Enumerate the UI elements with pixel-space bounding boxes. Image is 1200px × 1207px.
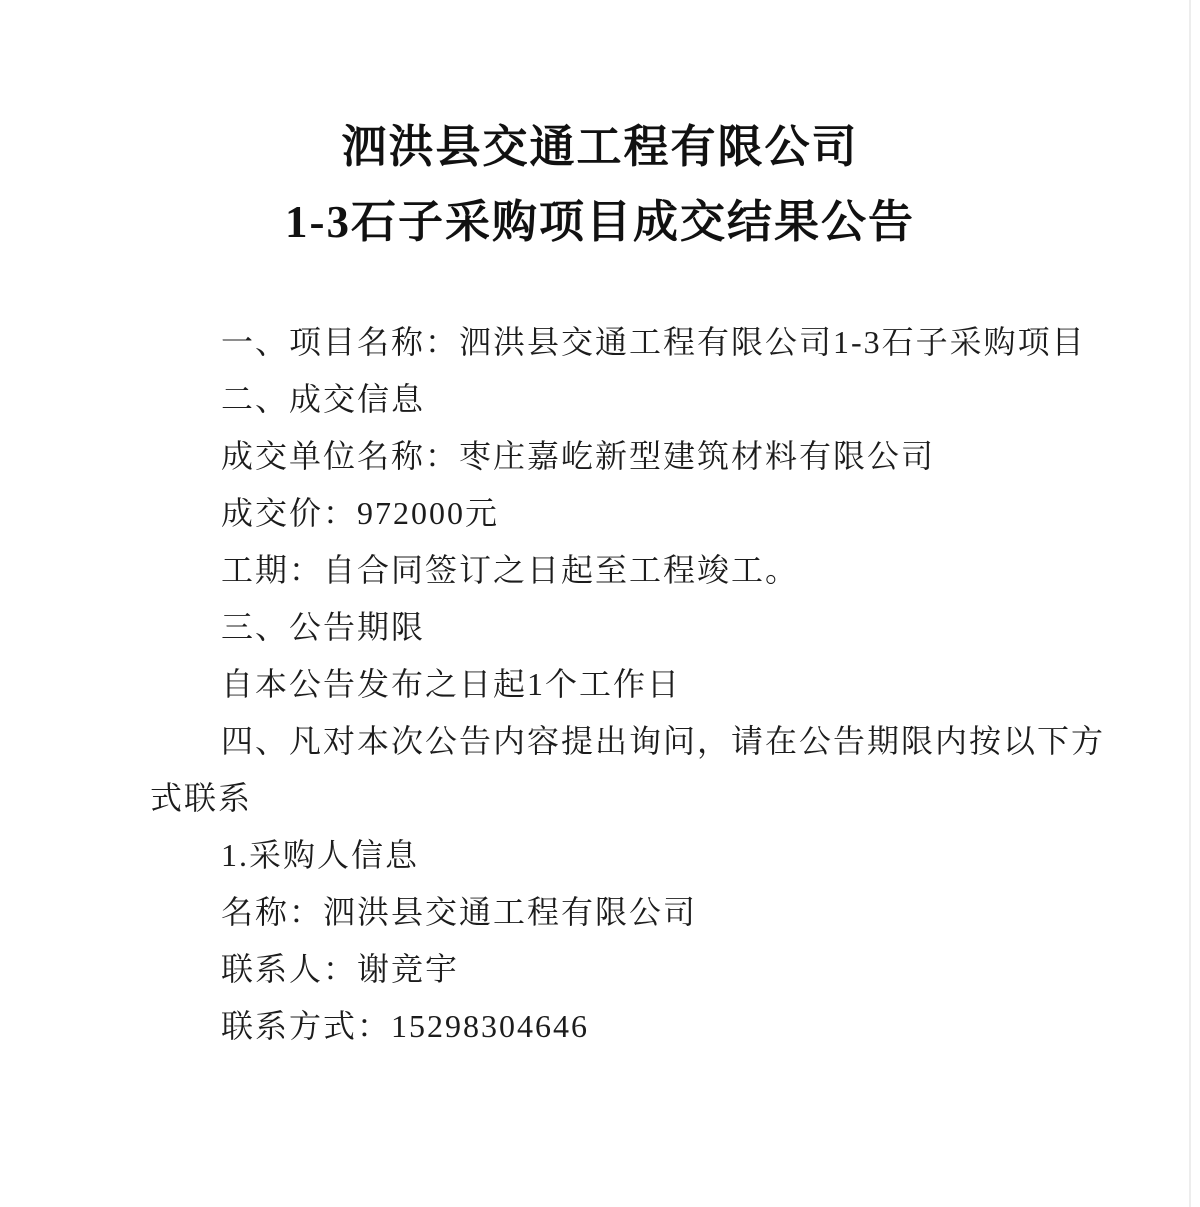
body-line-project-name: 一、项目名称：泗洪县交通工程有限公司1-3石子采购项目	[150, 314, 1060, 371]
body-line-work-period: 工期：自合同签订之日起至工程竣工。	[150, 542, 1060, 599]
body-line-purchaser-name: 名称：泗洪县交通工程有限公司	[150, 884, 1060, 941]
body-line-winning-bidder: 成交单位名称：枣庄嘉屹新型建筑材料有限公司	[150, 428, 1060, 485]
body-line-announcement-period-heading: 三、公告期限	[150, 599, 1060, 656]
body-line-announcement-period: 自本公告发布之日起1个工作日	[150, 656, 1060, 713]
body-line-purchaser-info-heading: 1.采购人信息	[150, 827, 1060, 884]
body-line-contact-phone: 联系方式：15298304646	[150, 998, 1060, 1055]
document-body: 一、项目名称：泗洪县交通工程有限公司1-3石子采购项目 二、成交信息 成交单位名…	[150, 314, 1060, 1055]
body-line-inquiry-notice: 四、凡对本次公告内容提出询问，请在公告期限内按以下方	[150, 713, 1060, 770]
document-title-line-1: 泗洪县交通工程有限公司	[0, 110, 1200, 185]
document-title: 泗洪县交通工程有限公司 1-3石子采购项目成交结果公告	[0, 0, 1200, 260]
page-edge-line	[1189, 0, 1191, 1207]
body-line-contact-person: 联系人：谢竞宇	[150, 941, 1060, 998]
body-line-winning-price: 成交价：972000元	[150, 485, 1060, 542]
document-title-line-2: 1-3石子采购项目成交结果公告	[0, 185, 1200, 260]
document-page: 泗洪县交通工程有限公司 1-3石子采购项目成交结果公告 一、项目名称：泗洪县交通…	[0, 0, 1200, 1207]
body-line-deal-info-heading: 二、成交信息	[150, 371, 1060, 428]
body-line-inquiry-notice-wrap: 式联系	[150, 770, 1060, 827]
